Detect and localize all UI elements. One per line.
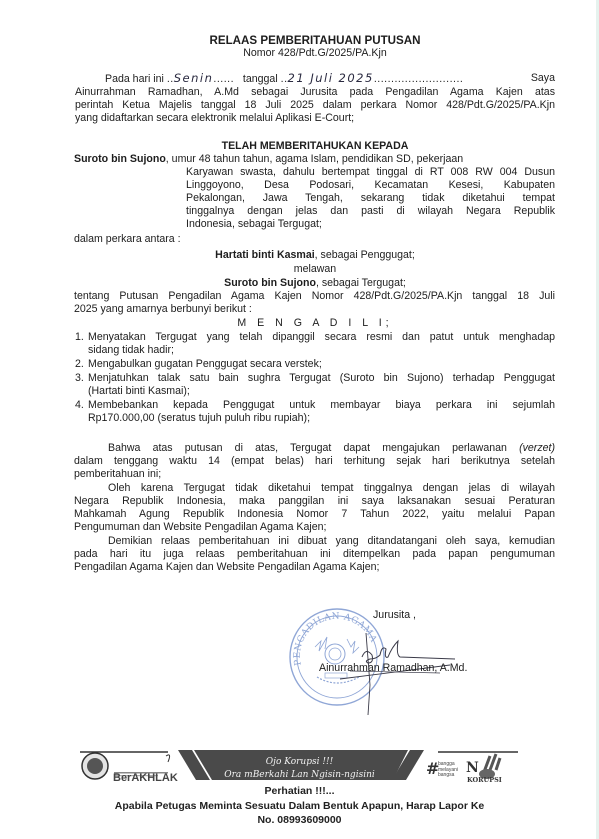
notified-line-6: Indonesia, sebagai Tergugat; <box>186 218 322 231</box>
versus-text: melawan <box>75 263 555 276</box>
signature-role: Jurusita , <box>373 609 416 622</box>
document-title: RELAAS PEMBERITAHUAN PUTUSAN <box>75 34 555 47</box>
tanggal-label: tanggal <box>243 73 278 85</box>
report-instruction: Apabila Petugas Meminta Sesuatu Dalam Be… <box>0 800 599 813</box>
footer-banner: # <box>0 748 599 808</box>
plaintiff-line: Hartati binti Kasmai, sebagai Penggugat; <box>75 249 555 262</box>
defendant-name-2: Suroto bin Sujono <box>224 277 316 289</box>
closing-p3-line-1: Demikian relaas pemberitahuan ini dibuat… <box>108 535 555 548</box>
document-number: Nomor 428/Pdt.G/2025/PA.Kjn <box>75 47 555 60</box>
bangsa-text: bangsa <box>438 773 458 779</box>
closing-p2-line-3: Mahkamah Agung Republik Indonesia Nomor … <box>74 508 555 521</box>
attention-text: Perhatian !!!... <box>0 785 599 798</box>
closing-p2-line-4: Pengumuman dan Website Pengadilan Agama … <box>74 521 326 534</box>
closing-p1-line-2: dalam tenggang waktu 14 (empat belas) ha… <box>74 455 555 468</box>
notified-line-4: Pekalongan, Jawa Tengah, sekarang tidak … <box>186 192 555 205</box>
intro-line-3: perintah Ketua Majelis tanggal 18 Juli 2… <box>75 99 555 112</box>
verzet-term: (verzet) <box>519 442 555 454</box>
about-line-2: 2025 yang amarnya berbunyi berikut : <box>74 303 252 316</box>
melayani-text: melayani <box>438 768 458 774</box>
notified-line-3: Linggoyono, Desa Podosari, Kecamatan Kes… <box>186 179 555 192</box>
plaintiff-name: Hartati binti Kasmai <box>215 249 315 261</box>
closing-p3-line-3: Pengadilan Agama Kajen dan Website Penga… <box>74 561 379 574</box>
report-phone: No. 08993609000 <box>0 814 599 827</box>
handwritten-date: 21 Juli 2025 <box>288 71 374 85</box>
notified-line-2: Karyawan swasta, dahulu bertempat tingga… <box>186 166 555 179</box>
defendant-name: Suroto bin Sujono <box>74 153 166 165</box>
intro-label: Pada hari ini <box>105 73 164 85</box>
notified-text: , umur 48 tahun tahun, agama Islam, pend… <box>166 153 463 165</box>
verdict-text: (Hartati binti Kasmai); <box>88 385 190 398</box>
closing-p2-line-2: Negara Republik Indonesia, maka panggila… <box>74 495 555 508</box>
bangga-text: bangga <box>438 762 458 768</box>
parties-intro: dalam perkara antara : <box>74 233 181 246</box>
verdict-text: sidang tidak hadir; <box>88 344 174 357</box>
svg-text:#: # <box>426 759 439 778</box>
defendant-line: Suroto bin Sujono, sebagai Tergugat; <box>75 277 555 290</box>
banner-line-1: Ojo Korupsi !!! <box>0 756 599 769</box>
defendant-role: , sebagai Tergugat; <box>316 277 406 289</box>
closing-p3-line-2: pada hari itu juga relaas pemberitahuan … <box>74 548 555 561</box>
bangga-melayani-logo: bangga melayani bangsa <box>438 762 458 779</box>
no-korupsi-n: N <box>466 762 479 775</box>
notified-line-5: tinggalnya dengan jelas dan pasti di wil… <box>186 205 555 218</box>
berakhlak-logo: BerAKHLAK <box>113 772 178 785</box>
intro-line-4: yang didaftarkan secara elektronik melal… <box>75 112 354 125</box>
no-korupsi-logo: KORUPSI <box>467 774 502 787</box>
closing-p2-line-1: Oleh karena Tergugat tidak diketahui tem… <box>108 482 555 495</box>
verdict-text: Membebankan kepada Penggugat untuk memba… <box>88 399 555 412</box>
verdict-text: Rp170.000,00 (seratus tujuh puluh ribu r… <box>88 412 310 425</box>
plaintiff-role: , sebagai Penggugat; <box>315 249 415 261</box>
about-line-1: tentang Putusan Pengadilan Agama Kajen N… <box>74 290 555 303</box>
handwritten-day: Senin <box>174 71 214 85</box>
notified-heading: TELAH MEMBERITAHUKAN KEPADA <box>75 140 555 153</box>
verdict-num: 2. <box>75 358 84 371</box>
closing-p1-line-1: Bahwa atas putusan di atas, Tergugat dap… <box>108 442 555 455</box>
verdict-text: Menjatuhkan talak satu bain sughra Tergu… <box>88 372 555 385</box>
closing-text: Bahwa atas putusan di atas, Tergugat dap… <box>108 442 507 454</box>
signatory-name: Ainurrahman Ramadhan, A.Md. <box>319 662 467 675</box>
intro-line-1: Pada hari ini ..Senin...... tanggal ..21… <box>105 72 555 86</box>
verdict-text: Mengabulkan gugatan Penggugat secara ver… <box>88 358 322 371</box>
verdict-num: 3. <box>75 372 84 385</box>
verdict-heading: M E N G A D I L I; <box>75 317 555 330</box>
verdict-num: 4. <box>75 399 84 412</box>
saya-label: Saya <box>531 72 555 85</box>
banner-line-2: Ora mBerkahi Lan Ngisin-ngisini <box>0 769 599 782</box>
notified-line-1: Suroto bin Sujono, umur 48 tahun tahun, … <box>74 153 555 166</box>
closing-p1-line-3: pemberitahuan ini; <box>74 468 161 481</box>
verdict-text: Menyatakan Tergugat yang telah dipanggil… <box>88 331 555 344</box>
verdict-num: 1. <box>75 331 84 344</box>
intro-line-2: Ainurrahman Ramadhan, A.Md sebagai Jurus… <box>75 86 555 99</box>
